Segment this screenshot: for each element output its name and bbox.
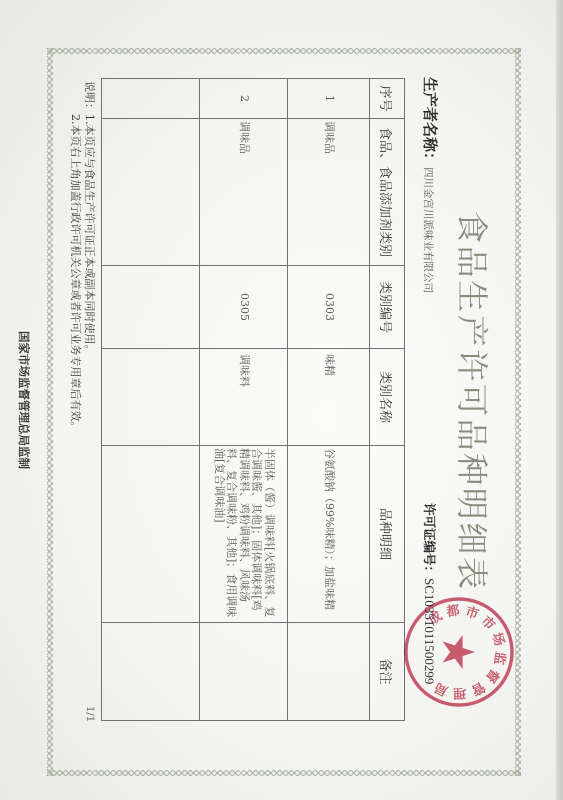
issuer-footer: 国家市场监督管理总局监制 bbox=[16, 0, 32, 800]
producer-line: 生产者名称：四川金宫川派味业有限公司 bbox=[420, 77, 441, 293]
table-row: 1 调味品 0303 味精 谷氨酸钠（99%味精）；加盐味精 bbox=[288, 79, 370, 721]
variety-table: 序号 食品、食品添加剂类别 类别编号 类别名称 品种明细 备注 1 调味品 03… bbox=[101, 78, 405, 721]
cell-food-category: 调味品 bbox=[200, 119, 288, 266]
photo-stage: 食品生产许可品种明细表 生产者名称：四川金宫川派味业有限公司 许可证编号：SC1… bbox=[0, 0, 563, 800]
license-label: 许可证编号： bbox=[422, 503, 437, 578]
note-item: 2.本页右上角加盖行政许可机关公章或者许可业务专用章后有效。 bbox=[69, 114, 82, 433]
decorative-border-bottom bbox=[47, 48, 53, 776]
cell-remarks bbox=[102, 623, 200, 721]
header-category-code: 类别编号 bbox=[370, 266, 405, 349]
cell-category-code bbox=[102, 266, 200, 349]
cell-category-code: 0305 bbox=[200, 266, 288, 349]
cell-food-category bbox=[102, 119, 200, 266]
cell-variety-details: 谷氨酸钠（99%味精）；加盐味精 bbox=[288, 446, 370, 623]
decorative-border-right bbox=[47, 770, 521, 776]
cell-category-code: 0303 bbox=[288, 266, 370, 349]
decorative-border-left bbox=[47, 48, 521, 54]
official-seal: 成都市市场监督管理局 bbox=[399, 592, 519, 712]
page-number: 1/1 bbox=[84, 706, 95, 722]
cell-index bbox=[102, 79, 200, 119]
producer-name: 四川金宫川派味业有限公司 bbox=[422, 167, 434, 293]
cell-category-name: 味精 bbox=[288, 349, 370, 446]
cell-index: 1 bbox=[288, 79, 370, 119]
cell-food-category: 调味品 bbox=[288, 119, 370, 266]
cell-category-name bbox=[102, 349, 200, 446]
permit-variety-document: 食品生产许可品种明细表 生产者名称：四川金宫川派味业有限公司 许可证编号：SC1… bbox=[0, 0, 563, 800]
table-row: 2 调味品 0305 调味料 半固体（酱）调味料[火锅底料、复合调味酱、其他]；… bbox=[200, 79, 288, 721]
cell-index: 2 bbox=[200, 79, 288, 119]
table-row-empty bbox=[102, 79, 200, 721]
note-line-2: 2.本页右上角加盖行政许可机关公章或者许可业务专用章后有效。 bbox=[68, 81, 82, 433]
cell-remarks bbox=[200, 623, 288, 721]
header-food-category: 食品、食品添加剂类别 bbox=[370, 119, 405, 266]
cell-variety-details: 半固体（酱）调味料[火锅底料、复合调味酱、其他]；固体调味料[鸡精调味料、鸡粉调… bbox=[200, 446, 288, 623]
note-item: 1.本页应与食品生产许可证正本或副本同时使用。 bbox=[83, 114, 96, 356]
cell-category-name: 调味料 bbox=[200, 349, 288, 446]
paper-edge bbox=[556, 0, 563, 800]
notes: 说明：1.本页应与食品生产许可证正本或副本同时使用。 2.本页右上角加盖行政许可… bbox=[68, 81, 96, 433]
note-line-1: 说明：1.本页应与食品生产许可证正本或副本同时使用。 bbox=[82, 81, 96, 433]
cell-remarks bbox=[288, 623, 370, 721]
header-index: 序号 bbox=[370, 79, 405, 119]
producer-label: 生产者名称： bbox=[421, 77, 439, 167]
header-category-name: 类别名称 bbox=[370, 349, 405, 446]
star-icon bbox=[443, 635, 476, 669]
cell-variety-details bbox=[102, 446, 200, 623]
notes-label: 说明： bbox=[83, 81, 96, 114]
